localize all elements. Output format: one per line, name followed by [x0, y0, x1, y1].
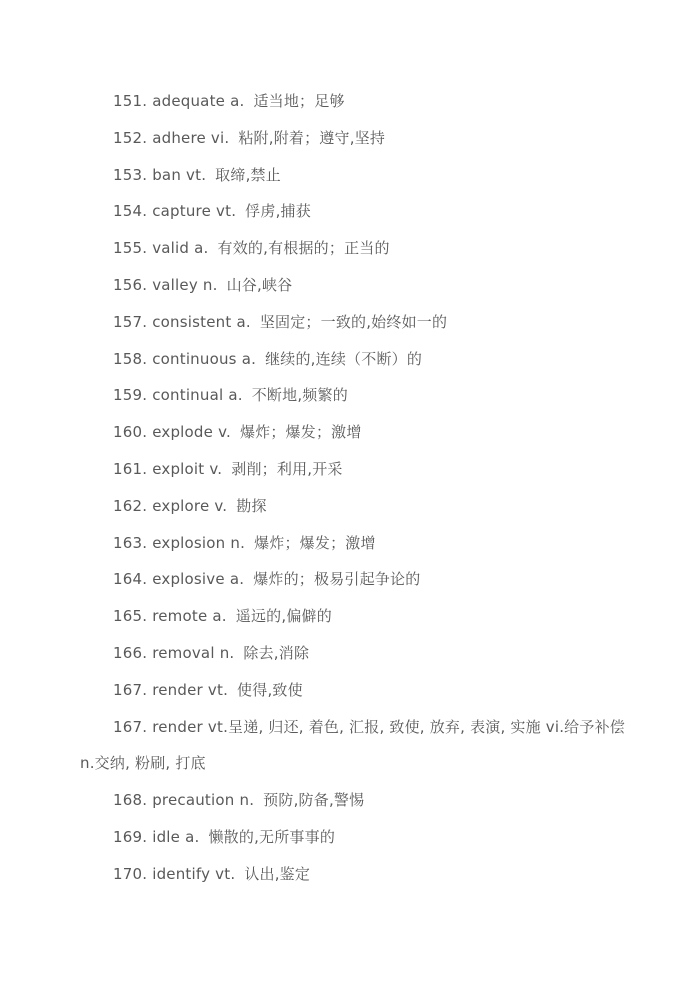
entry-meaning: 适当地；足够 — [253, 92, 344, 110]
vocab-entry: 153.banvt.取缔,禁止 — [80, 157, 630, 194]
entry-word: remote — [152, 607, 207, 625]
entry-meaning: 粘附,附着；遵守,坚持 — [238, 129, 385, 147]
entry-pos: vi. — [211, 129, 229, 147]
entry-meaning: 呈递, 归还, 着色, 汇报, 致使, 放弃, 表演, 实施 vi.给予补偿 — [228, 718, 625, 736]
entry-word: adhere — [152, 129, 206, 147]
entry-number: 166. — [113, 644, 147, 662]
entry-pos: n. — [203, 276, 218, 294]
vocab-entry: 166.removaln.除去,消除 — [80, 635, 630, 672]
entry-number: 161. — [113, 460, 147, 478]
entry-word: valley — [152, 276, 198, 294]
entry-pos: a. — [230, 92, 244, 110]
entry-number: 168. — [113, 791, 147, 809]
vocab-entry: 156.valleyn.山谷,峡谷 — [80, 267, 630, 304]
vocab-entry: 162.explorev.勘探 — [80, 488, 630, 525]
entry-meaning: 继续的,连续（不断）的 — [265, 350, 422, 368]
entry-pos: v. — [214, 497, 227, 515]
entry-word: continual — [152, 386, 223, 404]
entry-word: render — [152, 718, 203, 736]
entry-number: 151. — [113, 92, 147, 110]
entry-pos: a. — [185, 828, 199, 846]
entry-meaning: 有效的,有根据的；正当的 — [218, 239, 390, 257]
entry-pos: vt. — [215, 865, 235, 883]
entry-pos: a. — [236, 313, 250, 331]
entry-pos: vt. — [186, 166, 206, 184]
entry-number: 163. — [113, 534, 147, 552]
entry-number: 153. — [113, 166, 147, 184]
vocab-entry: 154.capturevt.俘虏,捕获 — [80, 193, 630, 230]
vocab-entry-continuation: n.交纳, 粉刷, 打底 — [80, 745, 630, 782]
entry-number: 162. — [113, 497, 147, 515]
entry-number: 170. — [113, 865, 147, 883]
entry-pos: vt. — [216, 202, 236, 220]
entry-word: removal — [152, 644, 215, 662]
entry-number: 157. — [113, 313, 147, 331]
vocab-entry: 158.continuousa.继续的,连续（不断）的 — [80, 341, 630, 378]
vocab-entry: 167.rendervt.使得,致使 — [80, 672, 630, 709]
entry-meaning: 不断地,频繁的 — [252, 386, 348, 404]
entry-number: 169. — [113, 828, 147, 846]
entry-pos: a. — [242, 350, 256, 368]
entry-pos: a. — [228, 386, 242, 404]
entry-word: consistent — [152, 313, 231, 331]
vocab-entry: 159.continuala.不断地,频繁的 — [80, 377, 630, 414]
vocab-entry: 157.consistenta.坚固定；一致的,始终如一的 — [80, 304, 630, 341]
vocab-list: 151.adequatea.适当地；足够152.adherevi.粘附,附着；遵… — [80, 83, 630, 893]
entry-meaning: 除去,消除 — [243, 644, 309, 662]
entry-pos: a. — [230, 570, 244, 588]
vocab-entry: 169.idlea.懒散的,无所事事的 — [80, 819, 630, 856]
entry-pos: n. — [220, 644, 235, 662]
vocab-entry: 165.remotea.遥远的,偏僻的 — [80, 598, 630, 635]
entry-word: continuous — [152, 350, 237, 368]
vocab-entry: 164.explosivea.爆炸的；极易引起争论的 — [80, 561, 630, 598]
entry-pos: v. — [209, 460, 222, 478]
entry-number: 167. — [113, 681, 147, 699]
entry-pos: vt. — [208, 681, 228, 699]
entry-number: 152. — [113, 129, 147, 147]
entry-word: explode — [152, 423, 213, 441]
entry-continuation-text: n.交纳, 粉刷, 打底 — [80, 754, 206, 772]
entry-meaning: 山谷,峡谷 — [227, 276, 293, 294]
entry-word: identify — [152, 865, 210, 883]
vocab-entry: 155.valida.有效的,有根据的；正当的 — [80, 230, 630, 267]
entry-number: 154. — [113, 202, 147, 220]
entry-meaning: 爆炸的；极易引起争论的 — [253, 570, 420, 588]
vocab-entry: 163.explosionn.爆炸；爆发；激增 — [80, 525, 630, 562]
entry-meaning: 俘虏,捕获 — [245, 202, 311, 220]
entry-word: ban — [152, 166, 181, 184]
entry-meaning: 懒散的,无所事事的 — [208, 828, 335, 846]
entry-number: 158. — [113, 350, 147, 368]
entry-word: explosive — [152, 570, 225, 588]
vocab-entry: 152.adherevi.粘附,附着；遵守,坚持 — [80, 120, 630, 157]
entry-word: explore — [152, 497, 209, 515]
entry-meaning: 勘探 — [236, 497, 266, 515]
entry-number: 156. — [113, 276, 147, 294]
entry-meaning: 遥远的,偏僻的 — [236, 607, 332, 625]
vocab-entry: 151.adequatea.适当地；足够 — [80, 83, 630, 120]
entry-number: 165. — [113, 607, 147, 625]
entry-meaning: 取缔,禁止 — [215, 166, 281, 184]
entry-pos: a. — [212, 607, 226, 625]
entry-pos: v. — [218, 423, 231, 441]
entry-number: 159. — [113, 386, 147, 404]
entry-word: valid — [152, 239, 189, 257]
vocab-entry: 168.precautionn.预防,防备,警惕 — [80, 782, 630, 819]
document-page: 151.adequatea.适当地；足够152.adherevi.粘附,附着；遵… — [0, 0, 700, 990]
entry-number: 160. — [113, 423, 147, 441]
entry-word: precaution — [152, 791, 234, 809]
vocab-entry: 161.exploitv.剥削；利用,开采 — [80, 451, 630, 488]
entry-word: idle — [152, 828, 180, 846]
vocab-entry: 160.explodev.爆炸；爆发；激增 — [80, 414, 630, 451]
vocab-entry: 167.rendervt.呈递, 归还, 着色, 汇报, 致使, 放弃, 表演,… — [80, 709, 630, 746]
entry-meaning: 使得,致使 — [237, 681, 303, 699]
entry-meaning: 认出,鉴定 — [244, 865, 310, 883]
entry-word: render — [152, 681, 203, 699]
entry-meaning: 预防,防备,警惕 — [263, 791, 364, 809]
entry-pos: vt. — [208, 718, 228, 736]
entry-word: exploit — [152, 460, 204, 478]
entry-meaning: 剥削；利用,开采 — [231, 460, 342, 478]
vocab-entry: 170.identifyvt.认出,鉴定 — [80, 856, 630, 893]
entry-pos: a. — [194, 239, 208, 257]
entry-number: 155. — [113, 239, 147, 257]
entry-meaning: 坚固定；一致的,始终如一的 — [260, 313, 447, 331]
entry-pos: n. — [239, 791, 254, 809]
entry-number: 164. — [113, 570, 147, 588]
entry-number: 167. — [113, 718, 147, 736]
entry-word: adequate — [152, 92, 225, 110]
entry-word: capture — [152, 202, 211, 220]
entry-word: explosion — [152, 534, 225, 552]
entry-meaning: 爆炸；爆发；激增 — [254, 534, 376, 552]
entry-meaning: 爆炸；爆发；激增 — [240, 423, 362, 441]
entry-pos: n. — [230, 534, 245, 552]
